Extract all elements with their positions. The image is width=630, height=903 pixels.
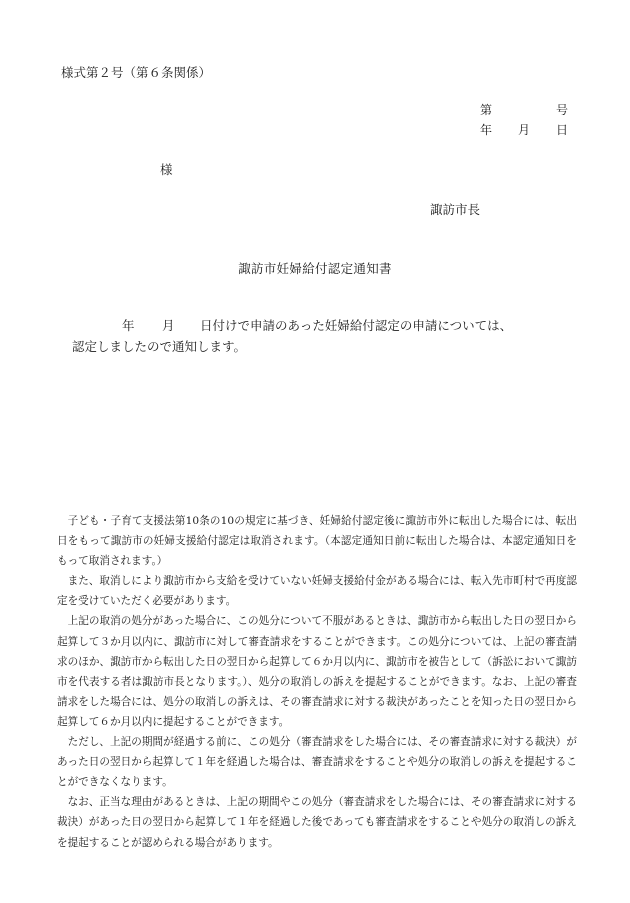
issuer-name: 諏訪市長 [430, 200, 480, 218]
notice-paragraph-deadline: ただし、上記の期間が経過する前に、この処分（審査請求をした場合には、その審査請求… [57, 732, 577, 792]
intro-year: 年 [122, 316, 135, 334]
notice-paragraph-cancellation: 子ども・子育て支援法第10条の10の規定に基づき、妊婦給付認定後に諏訪市外に転出… [57, 511, 577, 571]
date-year-label: 年 [480, 121, 492, 138]
intro-line2: 認定しましたので通知します。 [72, 337, 246, 355]
notice-paragraph-reapply: また、取消しにより諏訪市から支給を受けていない妊婦支援給付金がある場合には、転入… [57, 571, 577, 611]
document-title: 諏訪市妊婦給付認定通知書 [0, 259, 630, 277]
date-day-label: 日 [556, 121, 568, 138]
ref-dai-label: 第 [480, 101, 492, 118]
notice-section: 子ども・子育て支援法第10条の10の規定に基づき、妊婦給付認定後に諏訪市外に転出… [57, 511, 577, 853]
form-number: 様式第２号（第６条関係） [61, 63, 211, 81]
intro-line1: 日付けで申請のあった妊婦給付認定の申請については、 [200, 316, 512, 334]
notice-paragraph-exception: なお、正当な理由があるときは、上記の期間やこの処分（審査請求をした場合には、その… [57, 792, 577, 852]
addressee-suffix: 様 [160, 160, 173, 178]
ref-go-label: 号 [556, 101, 568, 118]
intro-month: 月 [162, 316, 175, 334]
date-month-label: 月 [518, 121, 530, 138]
notice-paragraph-appeal: 上記の取消の処分があった場合に、この処分について不服があるときは、諏訪市から転出… [57, 611, 577, 732]
